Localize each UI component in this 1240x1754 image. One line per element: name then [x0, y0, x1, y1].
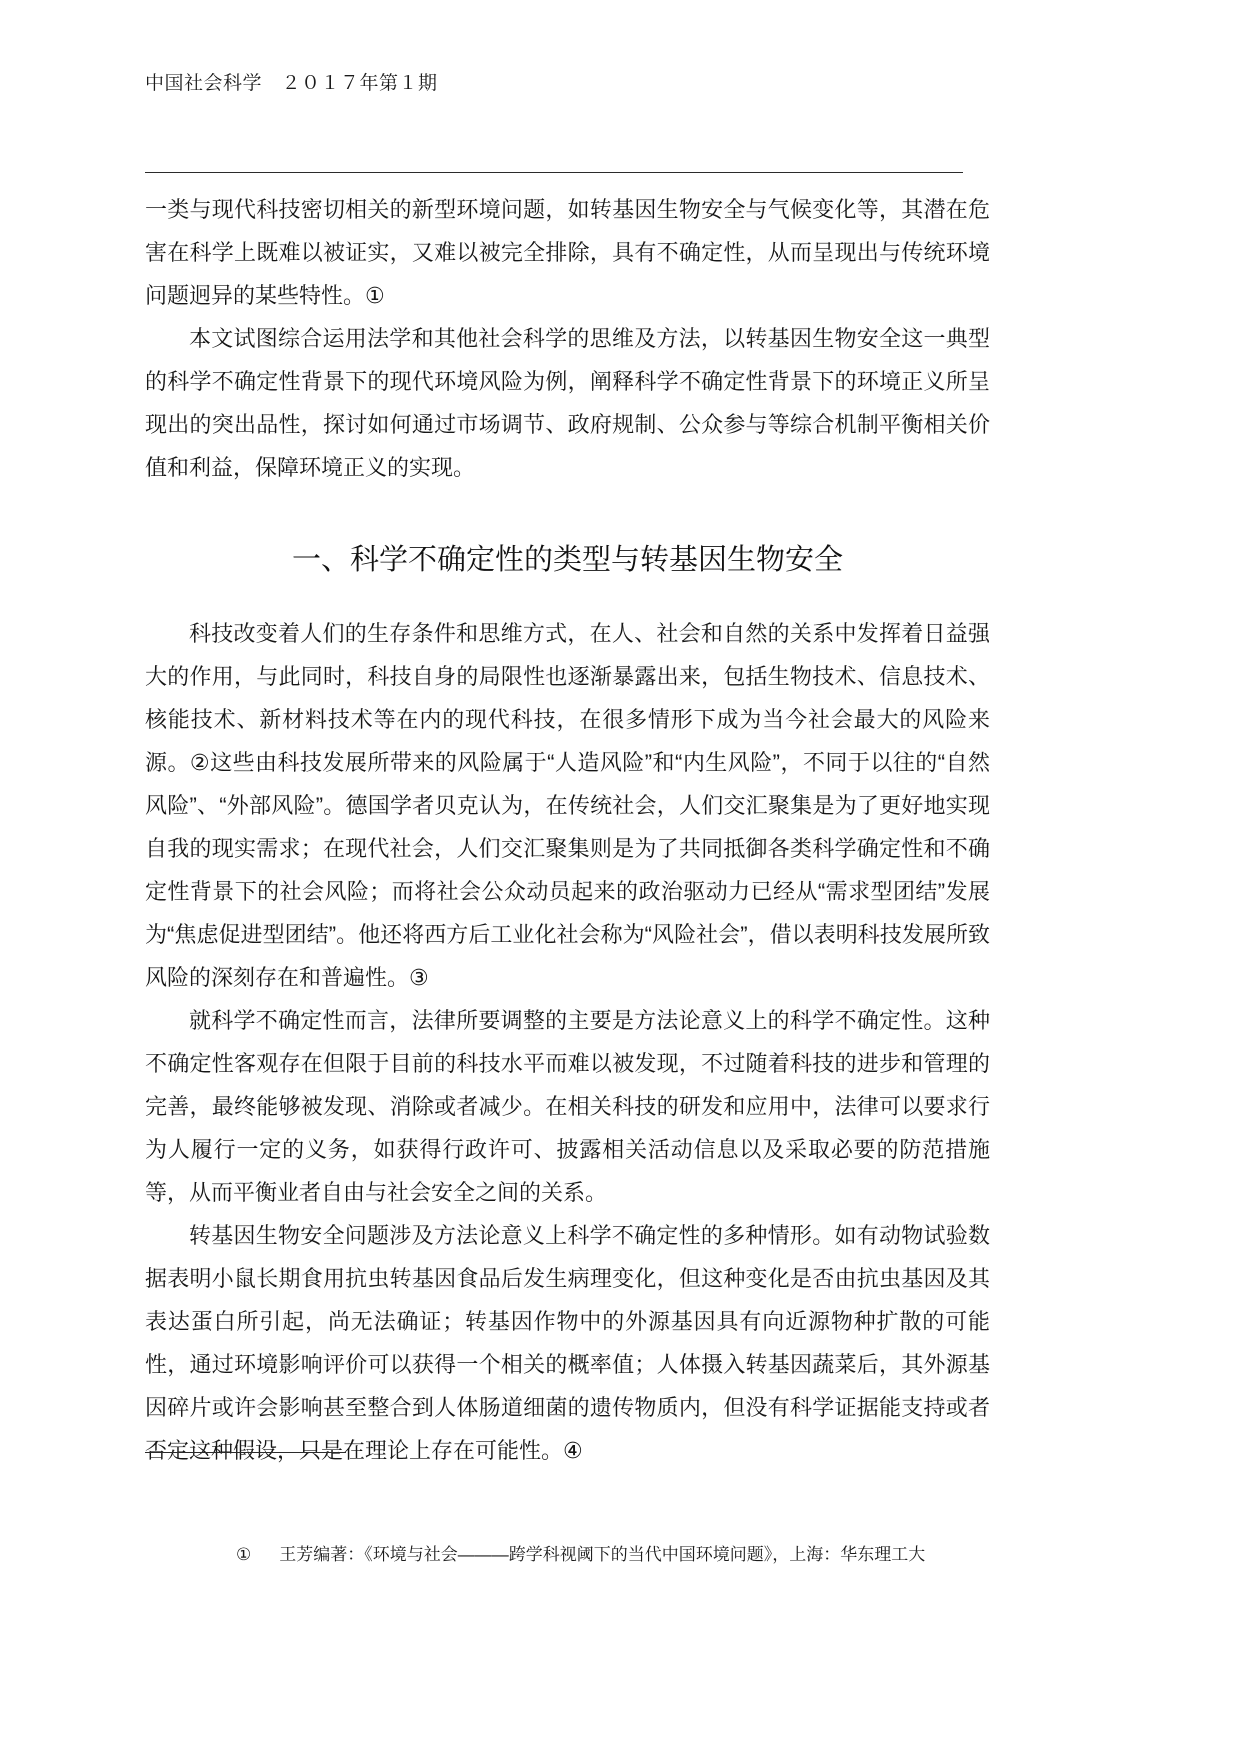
section-body: 科技改变着人们的生存条件和思维方式，在人、社会和自然的关系中发挥着日益强大的作用… — [145, 612, 990, 1472]
header-rule — [145, 172, 963, 173]
footnote: ①王芳编著：《环境与社会———跨学科视阈下的当代中国环境问题》，上海：华东理工大 — [236, 1542, 1026, 1568]
section-paragraph-3: 转基因生物安全问题涉及方法论意义上科学不确定性的多种情形。如有动物试验数据表明小… — [145, 1214, 990, 1472]
footnote-separator — [145, 1452, 346, 1453]
section-paragraph-1: 科技改变着人们的生存条件和思维方式，在人、社会和自然的关系中发挥着日益强大的作用… — [145, 612, 990, 999]
intro-paragraph-1: 一类与现代科技密切相关的新型环境问题，如转基因生物安全与气候变化等，其潜在危害在… — [145, 188, 990, 317]
section-heading: 一、科学不确定性的类型与转基因生物安全 — [145, 537, 990, 578]
journal-header: 中国社会科学 ２０１７年第１期 — [145, 68, 438, 95]
document-page: 中国社会科学 ２０１７年第１期 一类与现代科技密切相关的新型环境问题，如转基因生… — [0, 0, 1240, 1754]
intro-paragraph-2: 本文试图综合运用法学和其他社会科学的思维及方法，以转基因生物安全这一典型的科学不… — [145, 317, 990, 489]
footnote-marker: ① — [236, 1542, 251, 1568]
footnote-text: 王芳编著：《环境与社会———跨学科视阈下的当代中国环境问题》，上海：华东理工大 — [279, 1545, 925, 1564]
article-intro: 一类与现代科技密切相关的新型环境问题，如转基因生物安全与气候变化等，其潜在危害在… — [145, 188, 990, 489]
section-paragraph-2: 就科学不确定性而言，法律所要调整的主要是方法论意义上的科学不确定性。这种不确定性… — [145, 999, 990, 1214]
